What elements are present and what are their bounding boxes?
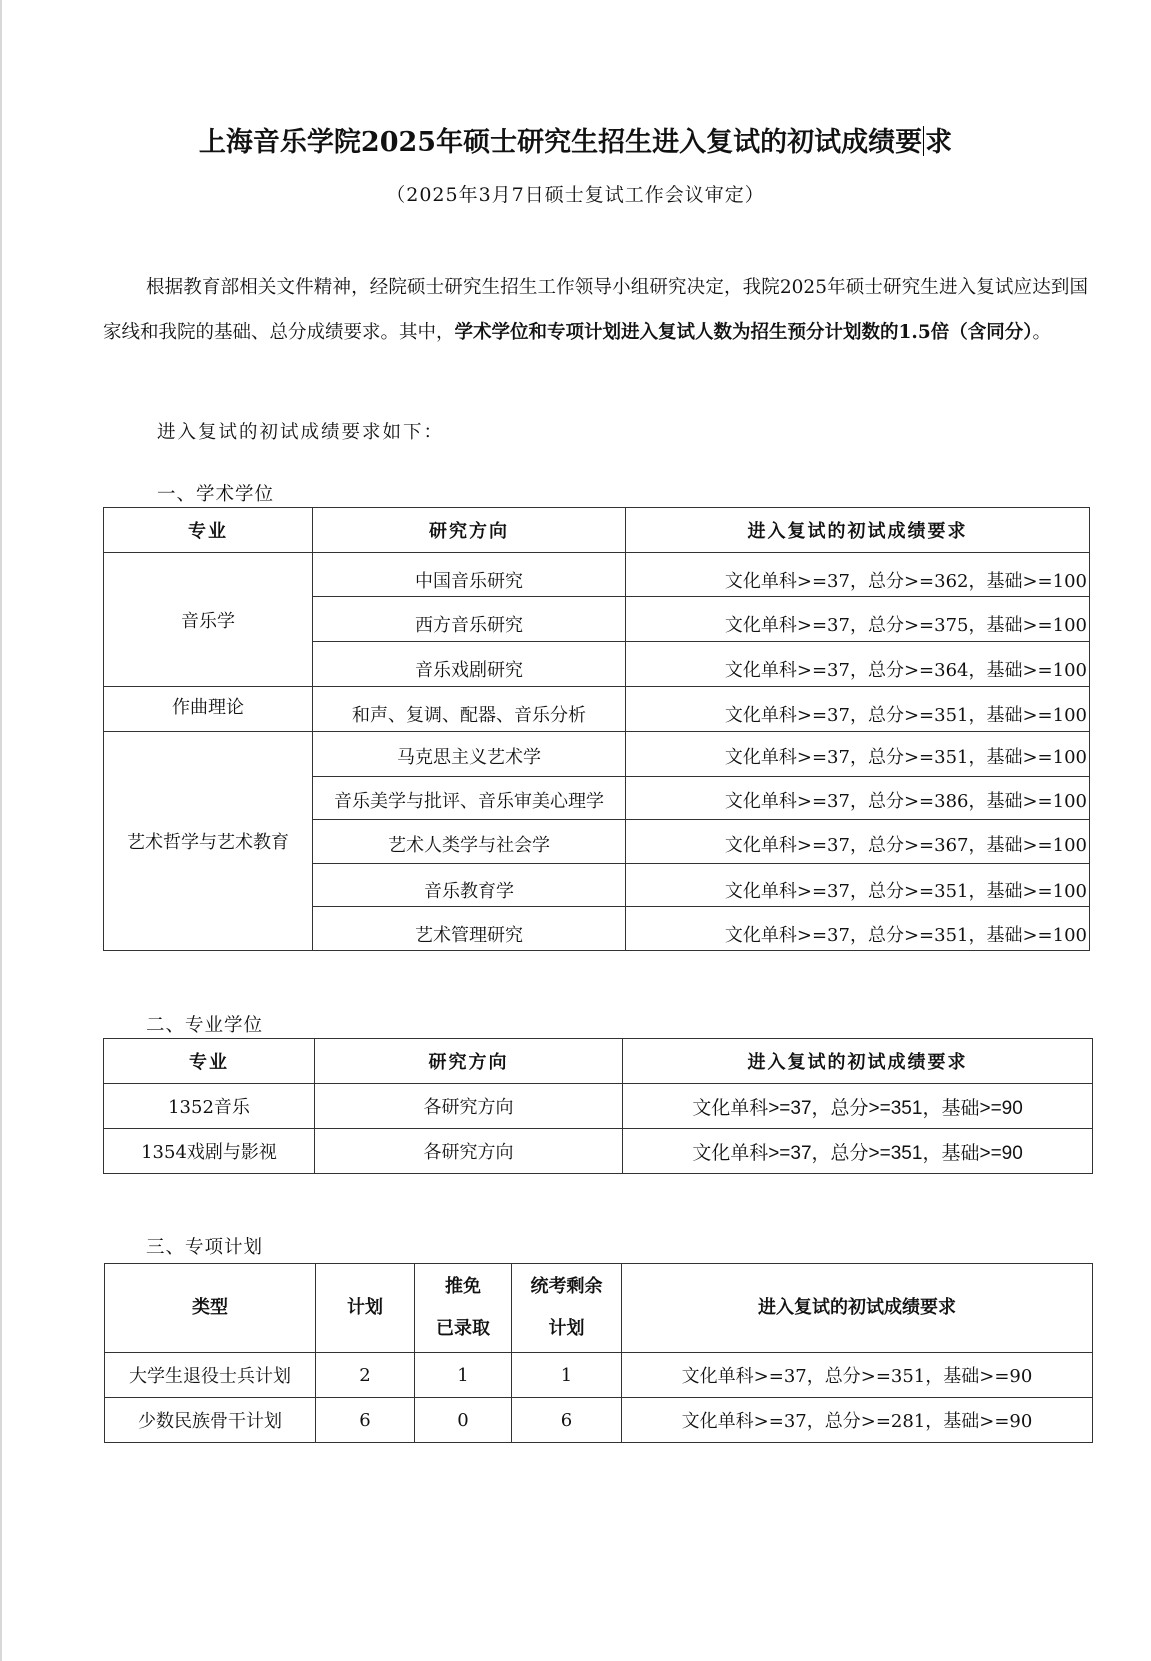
requirement-cell: 文化单科>=37，总分>=351，基础>=100 bbox=[626, 732, 1090, 777]
table-row: 少数民族骨干计划 6 0 6 文化单科>=37，总分>=281，基础>=90 bbox=[105, 1398, 1093, 1443]
major-cell: 音乐学 bbox=[104, 553, 313, 687]
exempt-cell: 0 bbox=[415, 1398, 512, 1443]
remaining-cell: 6 bbox=[512, 1398, 622, 1443]
table-row: 1354戏剧与影视 各研究方向 文化单科>=37，总分>=351，基础>=90 bbox=[104, 1129, 1093, 1174]
title-text-end: 求 bbox=[925, 127, 952, 158]
requirement-cell: 文化单科>=37，总分>=281，基础>=90 bbox=[622, 1398, 1093, 1443]
table-header-row: 类型 计划 推免已录取 统考剩余计划 进入复试的初试成绩要求 bbox=[105, 1264, 1093, 1353]
remaining-cell: 1 bbox=[512, 1353, 622, 1398]
table-row: 艺术哲学与艺术教育 马克思主义艺术学 文化单科>=37，总分>=351，基础>=… bbox=[104, 732, 1090, 777]
academic-degree-table: 专业 研究方向 进入复试的初试成绩要求 音乐学 中国音乐研究 文化单科>=37，… bbox=[103, 507, 1090, 951]
requirement-cell: 文化单科>=37，总分>=351，基础>=90 bbox=[622, 1353, 1093, 1398]
paragraph-end: 。 bbox=[1032, 322, 1051, 343]
major-cell: 作曲理论 bbox=[104, 687, 313, 732]
requirement-cell: 文化单科>=37，总分>=351，基础>=100 bbox=[626, 687, 1090, 732]
header-requirement: 进入复试的初试成绩要求 bbox=[626, 508, 1090, 553]
requirement-cell: 文化单科>=37，总分>=362，基础>=100 bbox=[626, 553, 1090, 597]
exempt-cell: 1 bbox=[415, 1353, 512, 1398]
header-major: 专业 bbox=[104, 1039, 315, 1084]
requirement-cell: 文化单科>=37，总分>=386，基础>=100 bbox=[626, 777, 1090, 820]
requirement-cell: 文化单科>=37，总分>=351，基础>=90 bbox=[623, 1129, 1093, 1174]
header-exempt: 推免已录取 bbox=[415, 1264, 512, 1353]
direction-cell: 中国音乐研究 bbox=[313, 553, 626, 597]
direction-cell: 音乐教育学 bbox=[313, 864, 626, 907]
table-row: 作曲理论 和声、复调、配器、音乐分析 文化单科>=37，总分>=351，基础>=… bbox=[104, 687, 1090, 732]
header-type: 类型 bbox=[105, 1264, 316, 1353]
intro-paragraph: 根据教育部相关文件精神，经院硕士研究生招生工作领导小组研究决定，我院2025年硕… bbox=[103, 265, 1088, 355]
type-cell: 大学生退役士兵计划 bbox=[105, 1353, 316, 1398]
paragraph-bold-text: 学术学位和专项计划进入复试人数为招生预分计划数的1.5倍（含同分） bbox=[455, 322, 1033, 343]
major-cell: 1354戏剧与影视 bbox=[104, 1129, 315, 1174]
header-direction: 研究方向 bbox=[315, 1039, 623, 1084]
special-plan-table: 类型 计划 推免已录取 统考剩余计划 进入复试的初试成绩要求 大学生退役士兵计划… bbox=[104, 1263, 1093, 1443]
section-professional-label: 二、专业学位 bbox=[146, 1011, 263, 1037]
title-text: 上海音乐学院2025年硕士研究生招生进入复试的初试成绩要 bbox=[199, 127, 922, 158]
direction-cell: 音乐戏剧研究 bbox=[313, 642, 626, 687]
direction-cell: 各研究方向 bbox=[315, 1084, 623, 1129]
header-remaining: 统考剩余计划 bbox=[512, 1264, 622, 1353]
table-header-row: 专业 研究方向 进入复试的初试成绩要求 bbox=[104, 508, 1090, 553]
direction-cell: 艺术管理研究 bbox=[313, 907, 626, 951]
section-special-label: 三、专项计划 bbox=[146, 1233, 263, 1259]
major-cell: 艺术哲学与艺术教育 bbox=[104, 732, 313, 951]
plan-cell: 6 bbox=[316, 1398, 415, 1443]
direction-cell: 音乐美学与批评、音乐审美心理学 bbox=[313, 777, 626, 820]
requirement-cell: 文化单科>=37，总分>=367，基础>=100 bbox=[626, 820, 1090, 864]
table-row: 1352音乐 各研究方向 文化单科>=37，总分>=351，基础>=90 bbox=[104, 1084, 1093, 1129]
requirements-intro: 进入复试的初试成绩要求如下： bbox=[157, 418, 444, 444]
text-cursor bbox=[923, 126, 924, 156]
header-requirement: 进入复试的初试成绩要求 bbox=[622, 1264, 1093, 1353]
header-direction: 研究方向 bbox=[313, 508, 626, 553]
type-cell: 少数民族骨干计划 bbox=[105, 1398, 316, 1443]
direction-cell: 马克思主义艺术学 bbox=[313, 732, 626, 777]
direction-cell: 各研究方向 bbox=[315, 1129, 623, 1174]
direction-cell: 和声、复调、配器、音乐分析 bbox=[313, 687, 626, 732]
requirement-cell: 文化单科>=37，总分>=375，基础>=100 bbox=[626, 597, 1090, 642]
header-plan: 计划 bbox=[316, 1264, 415, 1353]
plan-cell: 2 bbox=[316, 1353, 415, 1398]
requirement-cell: 文化单科>=37，总分>=351，基础>=100 bbox=[626, 907, 1090, 951]
document-title[interactable]: 上海音乐学院2025年硕士研究生招生进入复试的初试成绩要求 bbox=[0, 120, 1151, 159]
direction-cell: 艺术人类学与社会学 bbox=[313, 820, 626, 864]
requirement-cell: 文化单科>=37，总分>=351，基础>=90 bbox=[623, 1084, 1093, 1129]
header-major: 专业 bbox=[104, 508, 313, 553]
table-row: 音乐学 中国音乐研究 文化单科>=37，总分>=362，基础>=100 bbox=[104, 553, 1090, 597]
professional-degree-table: 专业 研究方向 进入复试的初试成绩要求 1352音乐 各研究方向 文化单科>=3… bbox=[103, 1038, 1093, 1174]
direction-cell: 西方音乐研究 bbox=[313, 597, 626, 642]
header-requirement: 进入复试的初试成绩要求 bbox=[623, 1039, 1093, 1084]
page-edge bbox=[0, 0, 2, 1661]
table-row: 大学生退役士兵计划 2 1 1 文化单科>=37，总分>=351，基础>=90 bbox=[105, 1353, 1093, 1398]
section-academic-label: 一、学术学位 bbox=[157, 480, 274, 506]
table-header-row: 专业 研究方向 进入复试的初试成绩要求 bbox=[104, 1039, 1093, 1084]
requirement-cell: 文化单科>=37，总分>=364，基础>=100 bbox=[626, 642, 1090, 687]
major-cell: 1352音乐 bbox=[104, 1084, 315, 1129]
requirement-cell: 文化单科>=37，总分>=351，基础>=100 bbox=[626, 864, 1090, 907]
document-subtitle: （2025年3月7日硕士复试工作会议审定） bbox=[0, 180, 1151, 207]
